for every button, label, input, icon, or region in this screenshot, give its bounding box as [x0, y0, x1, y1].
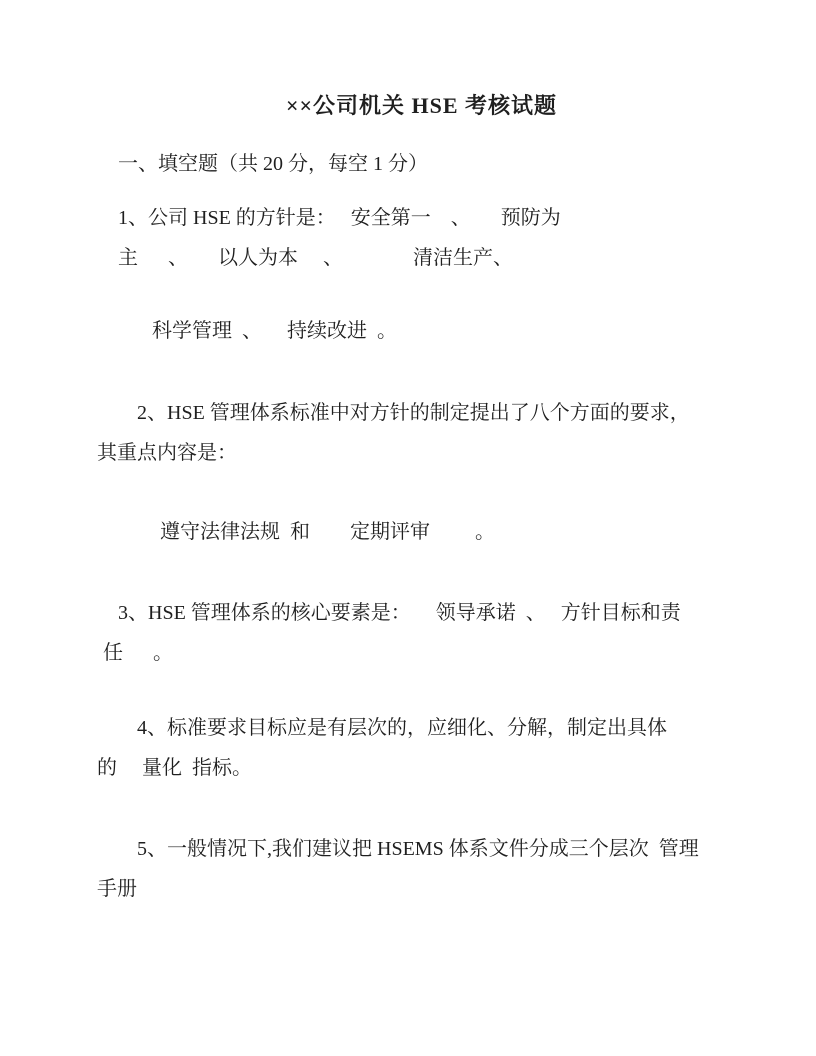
- text-line: 5、一般情况下,我们建议把 HSEMS 体系文件分成三个层次 管理: [97, 829, 746, 869]
- question-4: 4、标准要求目标应是有层次的，应细化、分解，制定出具体 的 量化 指标。: [97, 708, 746, 788]
- text-line: 1、公司 HSE 的方针是： 安全第一 、 预防为: [97, 198, 746, 238]
- text-line: 主 、 以人为本 、 清洁生产、: [97, 238, 746, 278]
- question-1-continued: 科学管理 、 持续改进 。: [97, 311, 746, 351]
- text-line: 其重点内容是：: [97, 433, 746, 473]
- document-title: ××公司机关 HSE 考核试题: [97, 86, 746, 126]
- text-line: 遵守法律法规 和 定期评审 。: [97, 512, 746, 552]
- question-5: 5、一般情况下,我们建议把 HSEMS 体系文件分成三个层次 管理 手册: [97, 829, 746, 909]
- section-heading: 一、填空题（共 20 分，每空 1 分）: [97, 144, 746, 184]
- question-1: 1、公司 HSE 的方针是： 安全第一 、 预防为 主 、 以人为本 、 清洁生…: [97, 198, 746, 278]
- text-line: 手册: [97, 869, 746, 909]
- text-line: 科学管理 、 持续改进 。: [97, 311, 746, 351]
- text-line: 4、标准要求目标应是有层次的，应细化、分解，制定出具体: [97, 708, 746, 748]
- text-line: 任 。: [97, 633, 746, 673]
- question-3: 3、HSE 管理体系的核心要素是： 领导承诺 、 方针目标和责 任 。: [97, 593, 746, 673]
- text-line: 的 量化 指标。: [97, 748, 746, 788]
- text-line: 2、HSE 管理体系标准中对方针的制定提出了八个方面的要求，: [97, 393, 746, 433]
- text-line: 3、HSE 管理体系的核心要素是： 领导承诺 、 方针目标和责: [97, 593, 746, 633]
- question-2-continued: 遵守法律法规 和 定期评审 。: [97, 512, 746, 552]
- document-page: ××公司机关 HSE 考核试题 一、填空题（共 20 分，每空 1 分） 1、公…: [0, 0, 816, 1056]
- question-2: 2、HSE 管理体系标准中对方针的制定提出了八个方面的要求， 其重点内容是：: [97, 393, 746, 473]
